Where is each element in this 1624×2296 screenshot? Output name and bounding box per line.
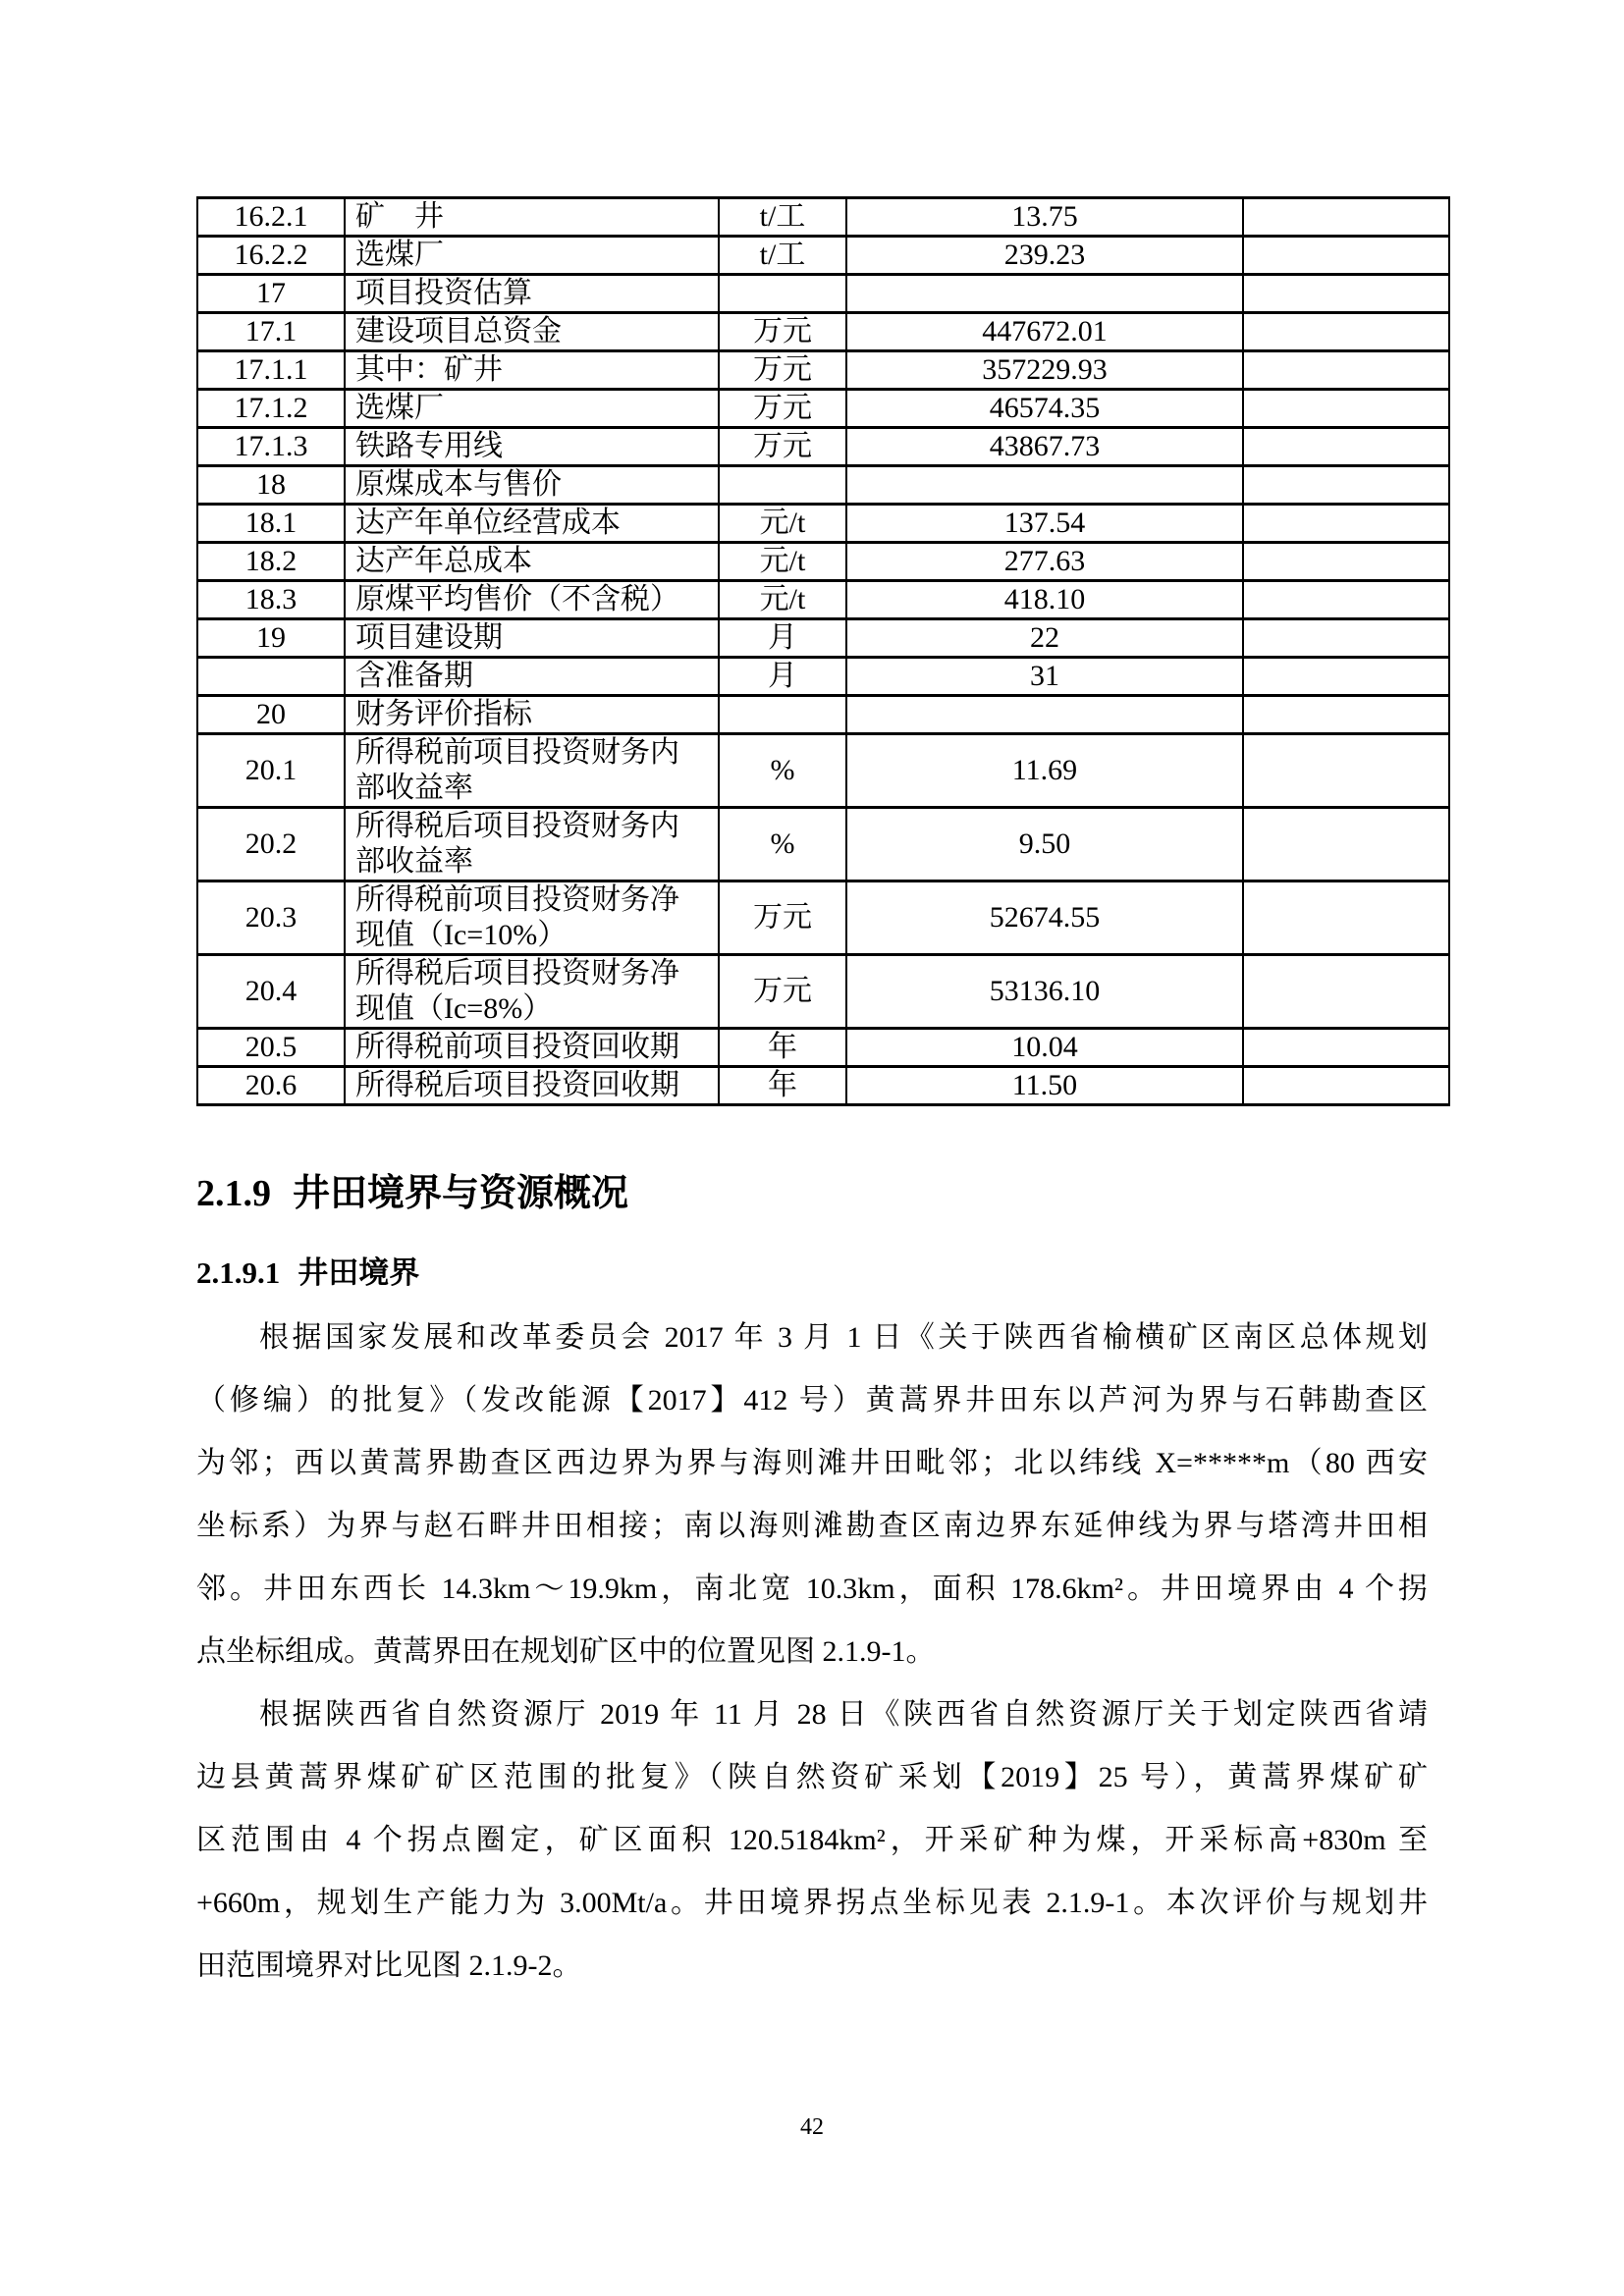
table-cell: 10.04 [846,1029,1243,1067]
subsection-number: 2.1.9.1 [196,1255,280,1290]
table-row: 20.1所得税前项目投资财务内部收益率%11.69 [197,734,1449,808]
table-cell: 18.2 [197,543,345,581]
table-cell: 元/t [719,581,846,619]
table-row: 18.3原煤平均售价（不含税）元/t418.10 [197,581,1449,619]
section-heading: 2.1.9井田境界与资源概况 [196,1171,628,1216]
table-cell: 18.1 [197,505,345,543]
table-cell [1243,505,1449,543]
table-cell: 万元 [719,881,846,955]
table-cell: % [719,734,846,808]
table-row: 20.6所得税后项目投资回收期年11.50 [197,1067,1449,1105]
table-cell [1243,543,1449,581]
section-number: 2.1.9 [196,1173,271,1214]
table-cell: 16.2.1 [197,198,345,237]
table-cell [1243,619,1449,658]
paragraph-1: 根据国家发展和改革委员会 2017 年 3 月 1 日《关于陕西省榆横矿区南区总… [196,1307,1428,1683]
indicator-table-body: 16.2.1矿 井t/工13.7516.2.2选煤厂t/工239.2317项目投… [197,198,1449,1105]
paragraph-line: 邻。井田东西长 14.3km～19.9km，南北宽 10.3km，面积 178.… [196,1558,1428,1621]
table-cell: 选煤厂 [345,390,719,428]
table-cell [846,275,1243,313]
table-cell [1243,390,1449,428]
table-cell [1243,658,1449,696]
table-cell [1243,808,1449,881]
table-cell: 13.75 [846,198,1243,237]
page-number: 42 [196,2112,1428,2142]
table-cell: 447672.01 [846,313,1243,351]
table-cell: 所得税后项目投资回收期 [345,1067,719,1105]
table-row: 16.2.1矿 井t/工13.75 [197,198,1449,237]
table-cell: 20.3 [197,881,345,955]
table-cell: 元/t [719,543,846,581]
table-row: 19项目建设期月22 [197,619,1449,658]
body-text: 根据国家发展和改革委员会 2017 年 3 月 1 日《关于陕西省榆横矿区南区总… [196,1307,1428,1998]
table-cell [1243,696,1449,734]
paragraph-2: 根据陕西省自然资源厅 2019 年 11 月 28 日《陕西省自然资源厅关于划定… [196,1683,1428,1998]
table-row: 含准备期月31 [197,658,1449,696]
table-cell [1243,275,1449,313]
table-row: 17.1.3铁路专用线万元43867.73 [197,428,1449,466]
table-cell: 建设项目总资金 [345,313,719,351]
table-cell: 所得税后项目投资财务净现值（Ic=8%） [345,955,719,1029]
table-cell [846,696,1243,734]
table-cell: 万元 [719,313,846,351]
table-cell: t/工 [719,237,846,275]
table-cell: 达产年总成本 [345,543,719,581]
table-cell: 43867.73 [846,428,1243,466]
table-cell [1243,734,1449,808]
subsection-title: 井田境界 [298,1255,419,1290]
indicator-table: 16.2.1矿 井t/工13.7516.2.2选煤厂t/工239.2317项目投… [196,196,1450,1106]
table-cell [1243,466,1449,505]
table-cell: 万元 [719,955,846,1029]
table-cell: 137.54 [846,505,1243,543]
table-cell: 11.69 [846,734,1243,808]
table-cell: 项目建设期 [345,619,719,658]
table-cell [197,658,345,696]
table-cell: 277.63 [846,543,1243,581]
table-row: 17项目投资估算 [197,275,1449,313]
table-cell: 原煤平均售价（不含税） [345,581,719,619]
table-cell: 万元 [719,390,846,428]
paragraph-line: 田范围境界对比见图 2.1.9-2。 [196,1935,1428,1998]
table-cell: 19 [197,619,345,658]
table-cell: 239.23 [846,237,1243,275]
table-cell: 年 [719,1029,846,1067]
table-cell: 9.50 [846,808,1243,881]
table-row: 18原煤成本与售价 [197,466,1449,505]
table-cell: 达产年单位经营成本 [345,505,719,543]
table-row: 16.2.2选煤厂t/工239.23 [197,237,1449,275]
paragraph-line: 为邻；西以黄蒿界勘查区西边界为界与海则滩井田毗邻；北以纬线 X=*****m（8… [196,1432,1428,1495]
table-cell: 357229.93 [846,351,1243,390]
table-cell: 18 [197,466,345,505]
table-cell [719,275,846,313]
table-cell: 原煤成本与售价 [345,466,719,505]
table-cell: 53136.10 [846,955,1243,1029]
table-cell: 元/t [719,505,846,543]
table-cell: 所得税后项目投资财务内部收益率 [345,808,719,881]
table-cell: 月 [719,619,846,658]
table-cell: 418.10 [846,581,1243,619]
table-cell: t/工 [719,198,846,237]
table-cell: 11.50 [846,1067,1243,1105]
paragraph-line: +660m，规划生产能力为 3.00Mt/a。井田境界拐点坐标见表 2.1.9-… [196,1872,1428,1935]
paragraph-line: 坐标系）为界与赵石畔井田相接；南以海则滩勘查区南边界东延伸线为界与塔湾井田相 [196,1495,1428,1558]
table-cell: 万元 [719,351,846,390]
table-cell: 20 [197,696,345,734]
table-row: 20财务评价指标 [197,696,1449,734]
table-cell: 所得税前项目投资回收期 [345,1029,719,1067]
paragraph-line: 根据陕西省自然资源厅 2019 年 11 月 28 日《陕西省自然资源厅关于划定… [196,1683,1428,1746]
table-cell [1243,351,1449,390]
table-row: 17.1建设项目总资金万元447672.01 [197,313,1449,351]
table-row: 17.1.2选煤厂万元46574.35 [197,390,1449,428]
table-cell [1243,313,1449,351]
table-cell: 年 [719,1067,846,1105]
table-cell [1243,1029,1449,1067]
paragraph-line: 根据国家发展和改革委员会 2017 年 3 月 1 日《关于陕西省榆横矿区南区总… [196,1307,1428,1369]
table-cell: 其中：矿井 [345,351,719,390]
table-row: 18.2达产年总成本元/t277.63 [197,543,1449,581]
table-cell: 20.1 [197,734,345,808]
table-cell: 选煤厂 [345,237,719,275]
table-cell: 16.2.2 [197,237,345,275]
table-cell [1243,1067,1449,1105]
table-cell: % [719,808,846,881]
table-cell [1243,428,1449,466]
paragraph-line: 边县黄蒿界煤矿矿区范围的批复》（陕自然资矿采划【2019】25 号），黄蒿界煤矿… [196,1746,1428,1809]
table-cell: 万元 [719,428,846,466]
table-cell: 52674.55 [846,881,1243,955]
document-page: 16.2.1矿 井t/工13.7516.2.2选煤厂t/工239.2317项目投… [0,0,1624,2296]
table-cell: 31 [846,658,1243,696]
table-cell [1243,198,1449,237]
table-row: 20.5所得税前项目投资回收期年10.04 [197,1029,1449,1067]
table-cell: 20.6 [197,1067,345,1105]
table-cell [1243,237,1449,275]
paragraph-line: （修编）的批复》（发改能源【2017】412 号）黄蒿界井田东以芦河为界与石韩勘… [196,1369,1428,1432]
table-cell [846,466,1243,505]
table-row: 20.2所得税后项目投资财务内部收益率%9.50 [197,808,1449,881]
table-cell: 财务评价指标 [345,696,719,734]
table-cell: 17.1 [197,313,345,351]
table-cell: 20.2 [197,808,345,881]
paragraph-line: 区范围由 4 个拐点圈定，矿区面积 120.5184km²，开采矿种为煤，开采标… [196,1809,1428,1872]
table-cell: 所得税前项目投资财务净现值（Ic=10%） [345,881,719,955]
table-row: 20.4所得税后项目投资财务净现值（Ic=8%）万元53136.10 [197,955,1449,1029]
table-cell: 20.5 [197,1029,345,1067]
table-row: 20.3所得税前项目投资财务净现值（Ic=10%）万元52674.55 [197,881,1449,955]
table-cell [719,696,846,734]
table-cell: 18.3 [197,581,345,619]
table-cell: 46574.35 [846,390,1243,428]
table-row: 18.1达产年单位经营成本元/t137.54 [197,505,1449,543]
table-cell: 17 [197,275,345,313]
table-cell [1243,955,1449,1029]
section-title: 井田境界与资源概况 [293,1173,628,1214]
subsection-heading: 2.1.9.1井田境界 [196,1255,419,1292]
table-cell: 17.1.1 [197,351,345,390]
table-cell: 所得税前项目投资财务内部收益率 [345,734,719,808]
table-cell [1243,881,1449,955]
paragraph-line: 点坐标组成。黄蒿界田在规划矿区中的位置见图 2.1.9-1。 [196,1621,1428,1683]
table-cell: 含准备期 [345,658,719,696]
table-cell: 17.1.2 [197,390,345,428]
table-cell: 项目投资估算 [345,275,719,313]
table-cell: 铁路专用线 [345,428,719,466]
table-row: 17.1.1其中：矿井万元357229.93 [197,351,1449,390]
table-cell: 月 [719,658,846,696]
table-cell: 17.1.3 [197,428,345,466]
table-cell: 22 [846,619,1243,658]
table-cell [1243,581,1449,619]
table-cell: 20.4 [197,955,345,1029]
table-cell: 矿 井 [345,198,719,237]
table-cell [719,466,846,505]
